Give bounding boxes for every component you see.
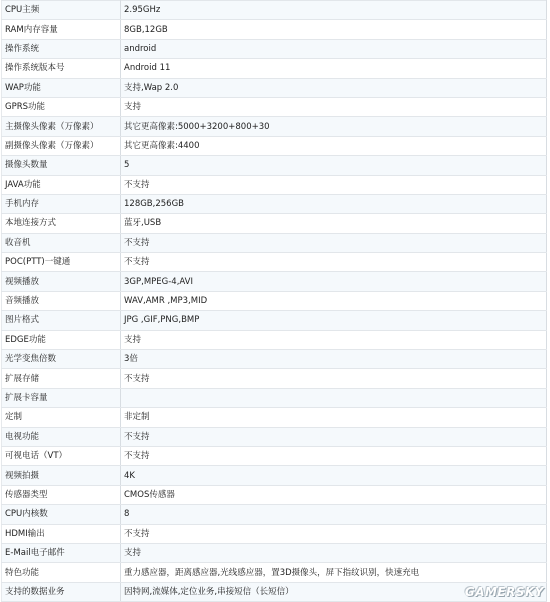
spec-label: WAP功能: [2, 78, 121, 97]
spec-value: 其它更高像素:5000+3200+800+30: [121, 117, 547, 136]
spec-value: 重力感应器，距离感应器,光线感应器，置3D摄像头，屏下指纹识别，快速充电: [121, 563, 547, 582]
spec-row: 可视电话（VT）不支持: [2, 446, 547, 465]
spec-value: 128GB,256GB: [121, 194, 547, 213]
spec-value: 蓝牙,USB: [121, 214, 547, 233]
spec-row: 定制非定制: [2, 408, 547, 427]
spec-label: E-Mail电子邮件: [2, 543, 121, 562]
gamersky-watermark: GAMERSKY: [465, 585, 544, 599]
spec-value: 其它更高像素:4400: [121, 136, 547, 155]
spec-label: POC(PTT)一键通: [2, 253, 121, 272]
spec-value: 不支持: [121, 369, 547, 388]
spec-value: 不支持: [121, 524, 547, 543]
spec-value: 3倍: [121, 350, 547, 369]
spec-label: 扩展卡容量: [2, 388, 121, 407]
spec-row: CPU内核数8: [2, 505, 547, 524]
spec-value: 8GB,12GB: [121, 20, 547, 39]
spec-value: [121, 388, 547, 407]
spec-value: 支持: [121, 97, 547, 116]
spec-row: 操作系统版本号Android 11: [2, 59, 547, 78]
spec-label: 视频拍摄: [2, 466, 121, 485]
spec-row: 副摄像头像素（万像素）其它更高像素:4400: [2, 136, 547, 155]
spec-row: 手机内存128GB,256GB: [2, 194, 547, 213]
spec-value: WAV,AMR ,MP3,MID: [121, 291, 547, 310]
spec-row: 光学变焦倍数3倍: [2, 350, 547, 369]
spec-row: 图片格式JPG ,GIF,PNG,BMP: [2, 311, 547, 330]
spec-value: JPG ,GIF,PNG,BMP: [121, 311, 547, 330]
spec-label: 主摄像头像素（万像素）: [2, 117, 121, 136]
spec-label: 图片格式: [2, 311, 121, 330]
spec-label: 操作系统版本号: [2, 59, 121, 78]
spec-row: 特色功能重力感应器，距离感应器,光线感应器，置3D摄像头，屏下指纹识别，快速充电: [2, 563, 547, 582]
spec-label: 扩展存储: [2, 369, 121, 388]
spec-row: 视频播放3GP,MPEG-4,AVI: [2, 272, 547, 291]
spec-row: 扩展卡容量: [2, 388, 547, 407]
spec-row: 收音机不支持: [2, 233, 547, 252]
spec-value: Android 11: [121, 59, 547, 78]
spec-row: 本地连接方式蓝牙,USB: [2, 214, 547, 233]
spec-value: 非定制: [121, 408, 547, 427]
spec-table-body: CPU主频2.95GHzRAM内存容量8GB,12GB操作系统android操作…: [2, 1, 547, 602]
spec-value: 2.95GHz: [121, 1, 547, 20]
spec-row: 传感器类型CMOS传感器: [2, 485, 547, 504]
spec-label: 定制: [2, 408, 121, 427]
spec-row: POC(PTT)一键通不支持: [2, 253, 547, 272]
spec-value: 3GP,MPEG-4,AVI: [121, 272, 547, 291]
spec-value: 支持,Wap 2.0: [121, 78, 547, 97]
spec-label: 传感器类型: [2, 485, 121, 504]
spec-label: 视频播放: [2, 272, 121, 291]
spec-value: 支持: [121, 543, 547, 562]
spec-row: CPU主频2.95GHz: [2, 1, 547, 20]
spec-row: E-Mail电子邮件支持: [2, 543, 547, 562]
spec-label: 支持的数据业务: [2, 582, 121, 601]
spec-label: CPU内核数: [2, 505, 121, 524]
spec-row: 扩展存储不支持: [2, 369, 547, 388]
spec-label: 操作系统: [2, 39, 121, 58]
spec-label: CPU主频: [2, 1, 121, 20]
spec-value: 不支持: [121, 175, 547, 194]
spec-label: EDGE功能: [2, 330, 121, 349]
spec-row: 电视功能不支持: [2, 427, 547, 446]
spec-label: 本地连接方式: [2, 214, 121, 233]
spec-label: JAVA功能: [2, 175, 121, 194]
spec-label: 特色功能: [2, 563, 121, 582]
spec-label: 可视电话（VT）: [2, 446, 121, 465]
spec-row: GPRS功能支持: [2, 97, 547, 116]
spec-row: EDGE功能支持: [2, 330, 547, 349]
spec-row: HDMI输出不支持: [2, 524, 547, 543]
spec-row: 音频播放WAV,AMR ,MP3,MID: [2, 291, 547, 310]
spec-row: RAM内存容量8GB,12GB: [2, 20, 547, 39]
spec-value: 不支持: [121, 427, 547, 446]
spec-value: 8: [121, 505, 547, 524]
spec-row: JAVA功能不支持: [2, 175, 547, 194]
spec-row: 摄像头数量5: [2, 156, 547, 175]
spec-label: 副摄像头像素（万像素）: [2, 136, 121, 155]
spec-label: 光学变焦倍数: [2, 350, 121, 369]
spec-value: 4K: [121, 466, 547, 485]
spec-row: WAP功能支持,Wap 2.0: [2, 78, 547, 97]
spec-label: 摄像头数量: [2, 156, 121, 175]
spec-label: 收音机: [2, 233, 121, 252]
spec-label: GPRS功能: [2, 97, 121, 116]
spec-label: 电视功能: [2, 427, 121, 446]
spec-value: CMOS传感器: [121, 485, 547, 504]
spec-label: HDMI输出: [2, 524, 121, 543]
spec-label: 音频播放: [2, 291, 121, 310]
spec-row: 视频拍摄4K: [2, 466, 547, 485]
spec-label: RAM内存容量: [2, 20, 121, 39]
spec-value: 不支持: [121, 446, 547, 465]
spec-value: 5: [121, 156, 547, 175]
spec-table: CPU主频2.95GHzRAM内存容量8GB,12GB操作系统android操作…: [1, 0, 547, 602]
spec-label: 手机内存: [2, 194, 121, 213]
spec-value: 不支持: [121, 233, 547, 252]
spec-value: 支持: [121, 330, 547, 349]
spec-value: android: [121, 39, 547, 58]
spec-row: 主摄像头像素（万像素）其它更高像素:5000+3200+800+30: [2, 117, 547, 136]
spec-value: 不支持: [121, 253, 547, 272]
spec-row: 操作系统android: [2, 39, 547, 58]
